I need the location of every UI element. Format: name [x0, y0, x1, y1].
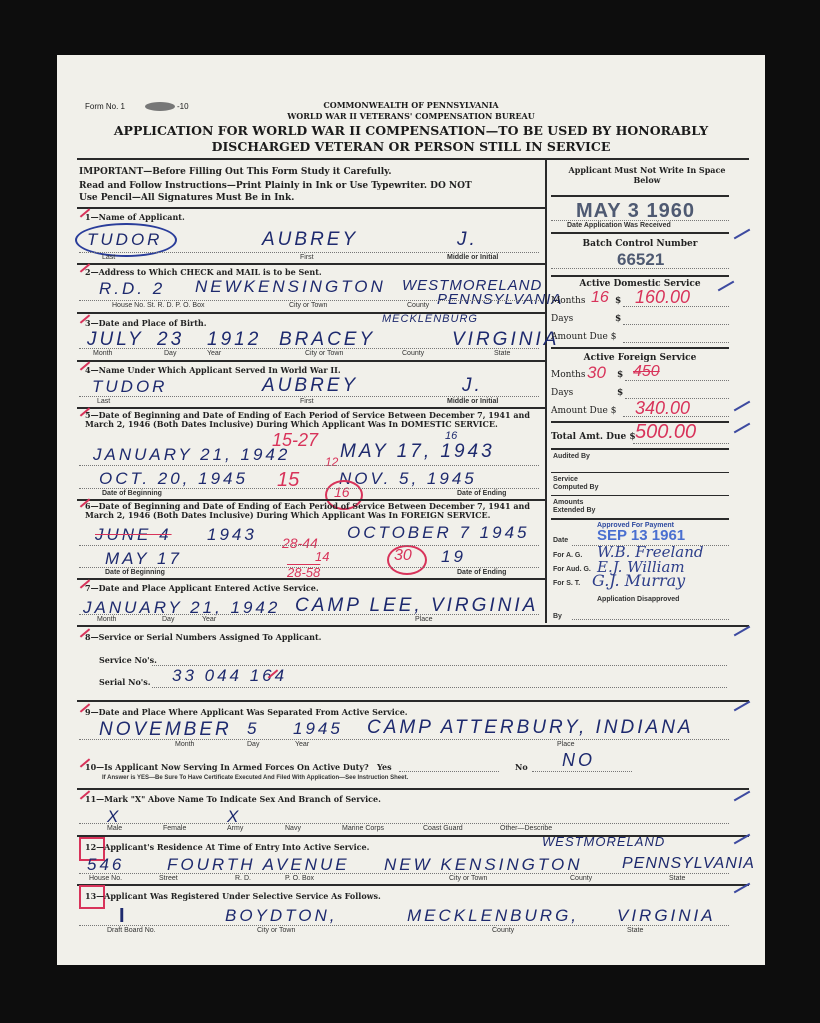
- by-label: By: [553, 613, 562, 621]
- divider: [551, 195, 729, 197]
- agency-line1: COMMONWEALTH OF PENNSYLVANIA: [57, 100, 765, 110]
- sub-label: House No.: [89, 875, 122, 882]
- q4-label: 4—Name Under Which Applicant Served In W…: [85, 365, 341, 375]
- sub-label: Date of Beginning: [102, 490, 162, 497]
- fill-line: [623, 324, 729, 325]
- q5-row2-begin: OCT. 20, 1945: [99, 469, 248, 489]
- fill-line: [551, 220, 729, 221]
- red-note: 28-44: [282, 535, 318, 551]
- sub-label: Day: [164, 350, 176, 357]
- q6-row1-begin-year: 1943: [207, 525, 257, 545]
- q1-middle: J.: [457, 229, 478, 251]
- sub-label: City or Town: [289, 302, 327, 309]
- divider: [551, 448, 729, 450]
- q1-last-name: TUDOR: [87, 230, 162, 250]
- ag-label: For A. G.: [553, 552, 582, 560]
- sub-label: County: [407, 302, 429, 309]
- option-male[interactable]: Male: [107, 825, 122, 832]
- fill-line: [79, 873, 729, 874]
- date-label: Date: [553, 537, 568, 545]
- fill-line: [79, 739, 729, 740]
- page-subtitle: DISCHARGED VETERAN OR PERSON STILL IN SE…: [57, 139, 765, 154]
- fill-line: [79, 300, 539, 301]
- q12-state: PENNSYLVANIA: [622, 855, 755, 873]
- option-female[interactable]: Female: [163, 825, 186, 832]
- sub-label: State: [669, 875, 685, 882]
- sub-label: Day: [162, 616, 174, 623]
- foreign-months: 30: [587, 363, 606, 383]
- q12-county: WESTMORELAND: [542, 834, 665, 849]
- divider: [77, 207, 545, 209]
- army-mark: X: [227, 807, 241, 827]
- sub-label: City or Town: [257, 927, 295, 934]
- q11-label: 11—Mark "X" Above Name To Indicate Sex A…: [85, 794, 381, 804]
- q6-row1-begin-struck: JUNE 4: [95, 525, 172, 545]
- no-field[interactable]: [532, 771, 632, 772]
- amount-due-label: Amount Due $: [551, 406, 616, 416]
- sub-label: R. D.: [235, 875, 251, 882]
- male-mark: X: [107, 807, 121, 827]
- sub-label: City or Town: [305, 350, 343, 357]
- q6-label: 6—Date of Beginning and Date of Ending o…: [85, 502, 540, 520]
- sub-label: Month: [175, 741, 194, 748]
- foreign-months-amount-struck: 450: [633, 363, 660, 381]
- column-divider: [545, 158, 547, 623]
- q12-street: FOURTH AVENUE: [167, 855, 350, 875]
- sub-label: Year: [295, 741, 309, 748]
- fill-line: [623, 416, 729, 417]
- divider: [551, 275, 729, 277]
- divider: [77, 625, 749, 627]
- sub-label: Place: [557, 741, 575, 748]
- check-mark-icon: [734, 423, 751, 434]
- fill-line: [551, 268, 729, 269]
- sub-label: County: [570, 875, 592, 882]
- days-label: Days: [551, 388, 573, 398]
- foreign-title: Active Foreign Service: [551, 353, 729, 363]
- q9-day: 5: [247, 719, 259, 739]
- sub-label: House No. St. R. D. P. O. Box: [112, 302, 204, 309]
- days-label: Days: [551, 314, 573, 324]
- sub-label: P. O. Box: [285, 875, 314, 882]
- fill-line: [79, 348, 539, 349]
- fill-line: [79, 465, 539, 466]
- divider: [551, 518, 729, 520]
- q6-row2-end: 19: [441, 547, 466, 567]
- sub-label: Month: [93, 350, 112, 357]
- sub-label: Middle or Initial: [447, 398, 498, 405]
- sub-label: State: [627, 927, 643, 934]
- yes-field[interactable]: [399, 771, 499, 772]
- domestic-months: 16: [591, 289, 609, 307]
- instruction-line1: IMPORTANT—Before Filling Out This Form S…: [79, 167, 392, 177]
- sub-label: First: [300, 254, 314, 261]
- sub-label: Month: [97, 616, 116, 623]
- months-label: Months: [551, 370, 585, 380]
- q9-place: CAMP ATTERBURY, INDIANA: [367, 717, 694, 739]
- q10-label: 10—Is Applicant Now Serving In Armed For…: [85, 762, 369, 772]
- instruction-line2: Read and Follow Instructions—Print Plain…: [79, 181, 472, 191]
- total-label: Total Amt. Due $: [551, 432, 636, 442]
- red-circled-value: 16: [334, 484, 350, 500]
- sub-label: County: [402, 350, 424, 357]
- yes-label: Yes: [377, 762, 392, 772]
- computed-label: Service Computed By: [553, 476, 613, 492]
- total-amount: 500.00: [635, 421, 696, 444]
- dollar-sign: $: [617, 388, 623, 398]
- disapproved-label: Application Disapproved: [597, 596, 679, 604]
- sub-label: County: [492, 927, 514, 934]
- fill-line: [79, 396, 539, 397]
- batch-label: Batch Control Number: [551, 239, 729, 249]
- sub-label: Date of Beginning: [105, 569, 165, 576]
- sub-label: Day: [247, 741, 259, 748]
- red-note: 14: [315, 549, 329, 564]
- q1-label: 1—Name of Applicant.: [85, 212, 185, 222]
- batch-number: 66521: [617, 250, 664, 270]
- q4-last-name: TUDOR: [92, 377, 167, 397]
- q6-row2-begin: MAY 17: [105, 549, 182, 569]
- sub-label: First: [300, 398, 314, 405]
- q2-house: R.D. 2: [99, 279, 165, 299]
- q9-year: 1945: [293, 719, 343, 739]
- fill-line: [623, 342, 729, 343]
- q7-label: 7—Date and Place Applicant Entered Activ…: [85, 583, 319, 593]
- sub-label: City or Town: [449, 875, 487, 882]
- amount-due-label: Amount Due $: [551, 332, 616, 342]
- sub-label: Last: [97, 398, 110, 405]
- divider: [77, 788, 749, 790]
- sub-label: Draft Board No.: [107, 927, 156, 934]
- option-army[interactable]: Army: [227, 825, 243, 832]
- q9-label: 9—Date and Place Where Applicant Was Sep…: [85, 707, 408, 717]
- agency-line2: WORLD WAR II VETERANS' COMPENSATION BURE…: [57, 111, 765, 121]
- serial-no-label: Serial No's.: [99, 677, 151, 687]
- q13-city: BOYDTON,: [225, 906, 337, 926]
- fill-line: [79, 614, 539, 615]
- q5-row1-begin: JANUARY 21, 1942: [93, 445, 290, 465]
- q3-label: 3—Date and Place of Birth.: [85, 318, 207, 328]
- q13-label: 13—Applicant Was Registered Under Select…: [85, 891, 381, 901]
- check-mark-icon: [734, 401, 751, 412]
- fill-line: [79, 823, 729, 824]
- no-label: No: [515, 762, 528, 772]
- divider: [77, 263, 545, 265]
- q4-first-name: AUBREY: [262, 375, 358, 397]
- q10-note: If Answer is YES—Be Sure To Have Certifi…: [102, 775, 408, 781]
- st-label: For S. T.: [553, 580, 580, 588]
- q8-label: 8—Service or Serial Numbers Assigned To …: [85, 632, 321, 642]
- divider: [551, 232, 729, 234]
- divider: [77, 407, 545, 409]
- q5-label: 5—Date of Beginning and Date of Ending o…: [85, 411, 540, 429]
- q13-state: VIRGINIA: [617, 906, 716, 926]
- fill-line: [79, 925, 729, 926]
- sub-label: Date of Ending: [457, 569, 506, 576]
- q13-county: MECKLENBURG,: [407, 906, 579, 926]
- dollar-sign: $: [617, 370, 623, 380]
- months-label: Months: [551, 296, 585, 306]
- extended-label: Amounts Extended By: [553, 499, 608, 515]
- divider: [77, 578, 545, 580]
- q2-label: 2—Address to Which CHECK and MAIL is to …: [85, 267, 322, 277]
- approved-date-stamp: SEP 13 1961: [597, 527, 685, 544]
- q1-first-name: AUBREY: [262, 229, 358, 251]
- q6-row1-end: OCTOBER 7 1945: [347, 523, 529, 543]
- check-mark-icon: [734, 791, 751, 802]
- sub-label: Street: [159, 875, 178, 882]
- option-coast-guard[interactable]: Coast Guard: [423, 825, 463, 832]
- option-navy[interactable]: Navy: [285, 825, 301, 832]
- check-mark-icon: [734, 626, 751, 637]
- service-no-label: Service No's.: [99, 655, 157, 665]
- sub-label: Date of Ending: [457, 490, 506, 497]
- q9-month: NOVEMBER: [99, 719, 232, 741]
- instruction-line3: Use Pencil—All Signatures Must Be in Ink…: [79, 193, 294, 203]
- office-header: Applicant Must Not Write In Space Below: [557, 165, 737, 185]
- audited-label: Audited By: [553, 453, 593, 461]
- q7-date: JANUARY 21, 1942: [83, 598, 280, 618]
- q5-row1-end: MAY 17, 1943: [340, 441, 495, 463]
- fill-line: [623, 306, 729, 307]
- received-label: Date Application Was Received: [567, 222, 671, 230]
- red-note: 12: [325, 455, 338, 469]
- q2-city: NEWKENSINGTON: [195, 277, 386, 297]
- dollar-sign: $: [615, 296, 621, 306]
- fill-line: [152, 687, 727, 688]
- q3-county: MECKLENBURG: [382, 313, 478, 325]
- fill-line: [79, 545, 539, 546]
- sub-label: Middle or Initial: [447, 254, 498, 261]
- q12-label: 12—Applicant's Residence At Time of Entr…: [85, 842, 369, 852]
- divider: [77, 360, 545, 362]
- q12-house: 546: [87, 855, 124, 875]
- divider: [551, 347, 729, 349]
- sub-label: Year: [207, 350, 221, 357]
- sub-label: Last: [102, 254, 115, 261]
- application-form: Form No. 1 -10 COMMONWEALTH OF PENNSYLVA…: [57, 55, 765, 965]
- fill-line: [79, 567, 539, 568]
- aud-label: For Aud. G.: [553, 566, 591, 574]
- sub-label: State: [494, 350, 510, 357]
- divider: [551, 472, 729, 473]
- sub-label: Year: [202, 616, 216, 623]
- fill-line: [633, 443, 729, 444]
- fill-line: [625, 380, 729, 381]
- check-mark-icon: [734, 701, 751, 712]
- divider: [77, 700, 749, 702]
- divider: [551, 495, 729, 496]
- option-other[interactable]: Other—Describe: [500, 825, 552, 832]
- option-marine-corps[interactable]: Marine Corps: [342, 825, 384, 832]
- check-mark-icon: [734, 229, 751, 240]
- divider: [77, 884, 749, 886]
- no-value: NO: [562, 750, 595, 771]
- domestic-months-amount: 160.00: [635, 287, 690, 308]
- divider: [77, 158, 749, 160]
- sub-label: Place: [415, 616, 433, 623]
- fill-line: [572, 619, 729, 620]
- fill-line: [79, 252, 539, 253]
- red-circled-value: 30: [394, 547, 412, 565]
- page-title: APPLICATION FOR WORLD WAR II COMPENSATIO…: [57, 123, 765, 138]
- dollar-sign: $: [615, 314, 621, 324]
- q4-middle: J.: [462, 375, 483, 397]
- q12-city: NEW KENSINGTON: [384, 855, 582, 875]
- st-signature: G.J. Murray: [592, 571, 685, 590]
- fill-line: [79, 488, 539, 489]
